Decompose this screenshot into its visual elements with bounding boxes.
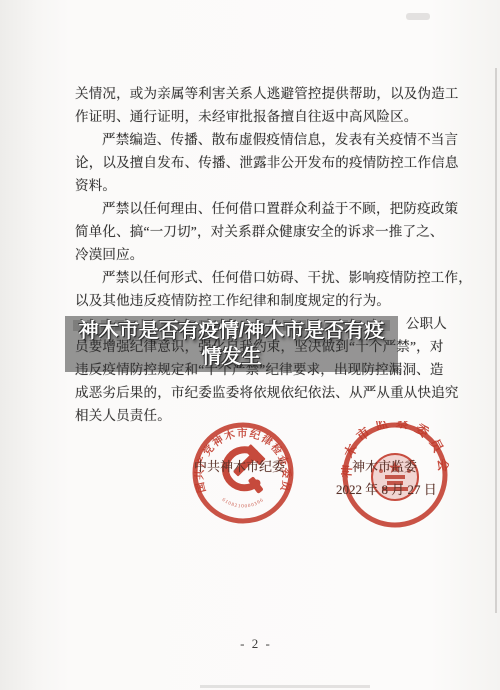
doc-line: 论，以及擅自发布、传播、泄露非公开发布的疫情防控工作信息 <box>75 151 447 174</box>
scan-smudge-top <box>406 13 430 20</box>
caption-overlay-band: 神木市是否有疫情/神木市是否有疫 情发生 <box>65 316 398 372</box>
doc-line: 简单化、搞“一刀切”，对关系群众健康安全的诉求一推了之、 <box>75 220 447 243</box>
printed-signer-right: 神木市监委 <box>352 459 417 474</box>
supervisory-committee-seal-graphic: 神木市监察委员会 <box>341 421 449 529</box>
doc-line: 资料。 <box>75 174 447 197</box>
scan-smudge-bottom <box>200 685 370 688</box>
doc-line: 以及其他违反疫情防控工作纪律和制度规定的行为。 <box>75 289 447 312</box>
seal-serial-number: 6108210000396 <box>221 498 266 510</box>
doc-line: 严禁编造、传播、散布虚假疫情信息，发表有关疫情不当言 <box>75 128 447 151</box>
doc-line: 冷漠回应。 <box>75 243 447 266</box>
doc-line: 严禁以任何理由、任何借口置群众利益于不顾，把防疫政策 <box>75 197 447 220</box>
scanned-document-page: 关情况，或为亲属等利害关系人逃避管控提供帮助，以及伪造工 作证明、通行证明，未经… <box>0 0 500 690</box>
caption-title-line1: 神木市是否有疫情/神木市是否有疫 <box>79 318 385 344</box>
printed-signer-left: 中共神木市纪委 <box>194 459 285 474</box>
supervisory-committee-seal: 神木市监察委员会 <box>341 421 449 529</box>
page-number: - 2 - <box>226 636 286 652</box>
doc-line: 严禁以任何形式、任何借口妨碍、干扰、影响疫情防控工作， <box>75 266 447 289</box>
doc-line: 作证明、通行证明，未经审批报备擅自往返中高风险区。 <box>75 105 447 128</box>
doc-line: 成恶劣后果的，市纪委监委将依规依纪依法、从严从重从快追究 <box>75 381 447 404</box>
scan-edge-line <box>495 68 497 613</box>
printed-date: 2022 年 8 月 27 日 <box>336 482 437 497</box>
document-body: 关情况，或为亲属等利害关系人逃避管控提供帮助，以及伪造工 作证明、通行证明，未经… <box>75 82 447 427</box>
doc-line: 关情况，或为亲属等利害关系人逃避管控提供帮助，以及伪造工 <box>75 82 447 105</box>
seal-ring-text: 中国共产党神木市纪律检查委员会 <box>191 421 293 494</box>
caption-title-line2: 情发生 <box>202 344 262 370</box>
